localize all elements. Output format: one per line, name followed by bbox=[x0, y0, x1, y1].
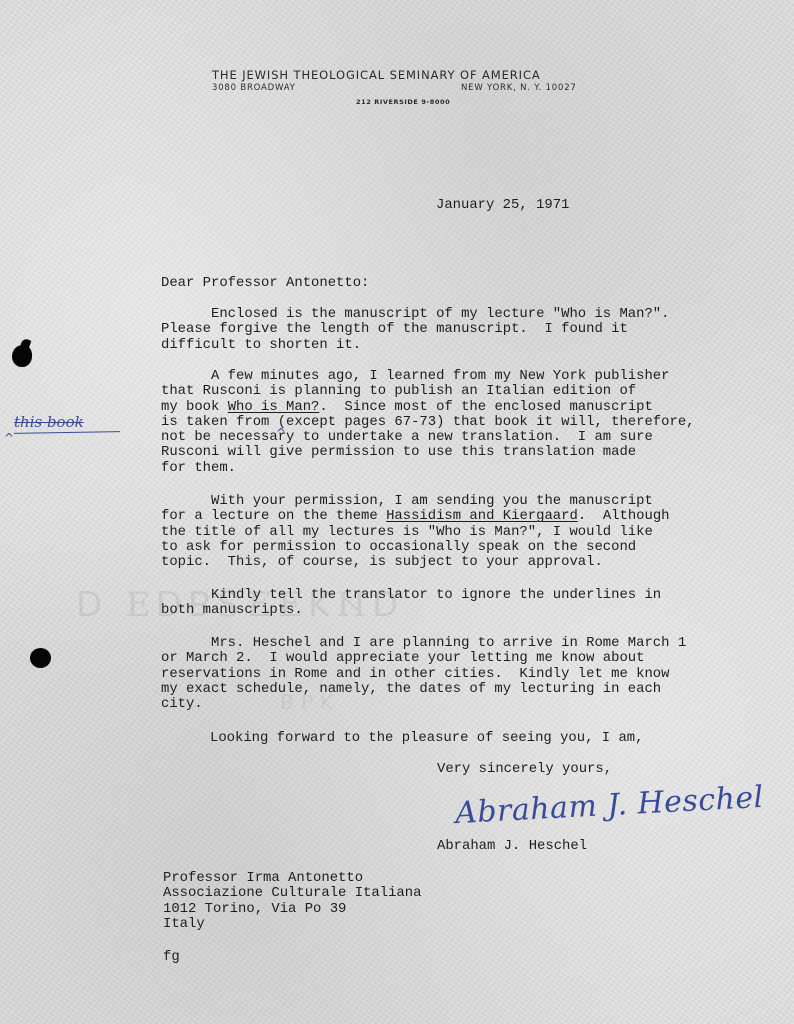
paragraph-3: With your permission, I am sending you t… bbox=[161, 494, 670, 570]
letter-date: January 25, 1971 bbox=[436, 198, 569, 213]
city-address: NEW YORK, N. Y. 10027 bbox=[461, 83, 577, 93]
p2-line-end: . Since most of the enclosed manuscript bbox=[319, 399, 652, 415]
institution-name: THE JEWISH THEOLOGICAL SEMINARY OF AMERI… bbox=[212, 68, 541, 82]
p2-line: not be necessary to undertake a new tran… bbox=[161, 429, 653, 445]
punch-hole-bottom bbox=[30, 648, 51, 668]
punch-hole-top bbox=[12, 345, 32, 367]
p3-line: to ask for permission to occasionally sp… bbox=[161, 539, 636, 555]
p2-line-start: my book bbox=[161, 399, 228, 415]
recipient-address: Professor Irma Antonetto Associazione Cu… bbox=[163, 871, 421, 932]
insertion-caret-icon: ^ bbox=[276, 426, 286, 440]
salutation: Dear Professor Antonetto: bbox=[161, 276, 369, 291]
paragraph-2: A few minutes ago, I learned from my New… bbox=[161, 369, 695, 476]
paragraph-4: Kindly tell the translator to ignore the… bbox=[161, 588, 661, 619]
lecture-theme-underlined: Hassidism and Kiergaard bbox=[386, 508, 578, 524]
p2-line: is taken from (except pages 67-73) that … bbox=[161, 414, 695, 430]
p2-line: for them. bbox=[161, 460, 236, 476]
complimentary-close: Very sincerely yours, bbox=[437, 762, 612, 777]
phone-number: 212 RIVERSIDE 9-8000 bbox=[356, 98, 450, 106]
street-address: 3080 BROADWAY bbox=[212, 83, 296, 93]
p3-line: the title of all my lectures is "Who is … bbox=[161, 524, 653, 540]
handwritten-margin-note: this book bbox=[14, 413, 84, 431]
typed-signature-name: Abraham J. Heschel bbox=[437, 839, 587, 854]
book-title-underlined: Who is Man? bbox=[228, 399, 320, 415]
p3-line: topic. This, of course, is subject to yo… bbox=[161, 554, 603, 570]
p3-line-end: . Although bbox=[578, 508, 670, 524]
paragraph-5: Mrs. Heschel and I are planning to arriv… bbox=[161, 636, 686, 712]
paragraph-1: Enclosed is the manuscript of my lecture… bbox=[161, 307, 669, 353]
p2-line: Rusconi will give permission to use this… bbox=[161, 444, 636, 460]
p3-line: With your permission, I am sending you t… bbox=[161, 493, 653, 509]
p2-line: that Rusconi is planning to publish an I… bbox=[161, 383, 636, 399]
closing-sentence: Looking forward to the pleasure of seein… bbox=[210, 731, 643, 746]
p3-line-start: for a lecture on the theme bbox=[161, 508, 386, 524]
margin-note-underline bbox=[14, 431, 120, 434]
insertion-caret-icon: ^ bbox=[4, 431, 14, 445]
handwritten-signature: Abraham J. Heschel bbox=[454, 780, 764, 831]
typist-initials: fg bbox=[163, 950, 180, 965]
p2-line: A few minutes ago, I learned from my New… bbox=[161, 368, 669, 384]
